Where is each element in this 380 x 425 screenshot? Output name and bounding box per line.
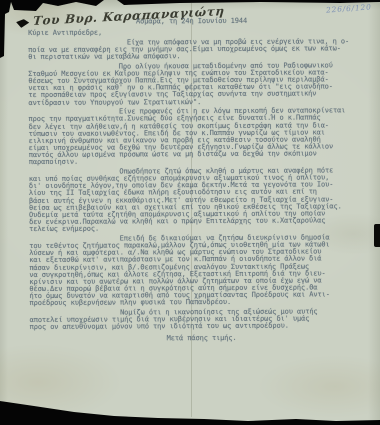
letter-body: Ασμάρα, τη 24η Ιουνίου 1944 Κύριε Αντιπρ… xyxy=(28,17,372,343)
letter-paragraph-6: Νομίζω ότι η ικανοποίησις της αξιώσεώς μ… xyxy=(30,308,372,331)
letter-paragraph-2: Προ ολίγου ήκουσα μεταδιδομένην από του … xyxy=(28,62,370,107)
scan-edge-mark xyxy=(374,224,380,247)
letter-salutation: Κύριε Αντιπρόεδρε, xyxy=(28,28,370,37)
scanned-letter: Του Βυρ. Καραπαναγιώτη 226/6/120 Ασμάρα,… xyxy=(0,0,380,425)
letter-page: Του Βυρ. Καραπαναγιώτη 226/6/120 Ασμάρα,… xyxy=(0,0,380,425)
letter-paragraph-5: Επειδή δε δικαιούμαι να ζητήσω διευκρίνι… xyxy=(29,234,371,307)
letter-paragraph-3: Είνε προφανές ότι η εν λόγω περικοπή δεν… xyxy=(28,107,370,166)
letter-dateline: Ασμάρα, τη 24η Ιουνίου 1944 xyxy=(136,17,370,25)
letter-closing: Μετά πάσης τιμής. xyxy=(167,335,372,343)
archive-reference-number: 226/6/120 xyxy=(326,2,372,14)
letter-paragraph-4: Οπωσδήποτε ζητώ όπως κληθή ο μάρτυς και … xyxy=(29,167,371,233)
letter-paragraph-1: Είχα την απόφασιν να μη προβώ εις ενέργε… xyxy=(28,38,370,61)
